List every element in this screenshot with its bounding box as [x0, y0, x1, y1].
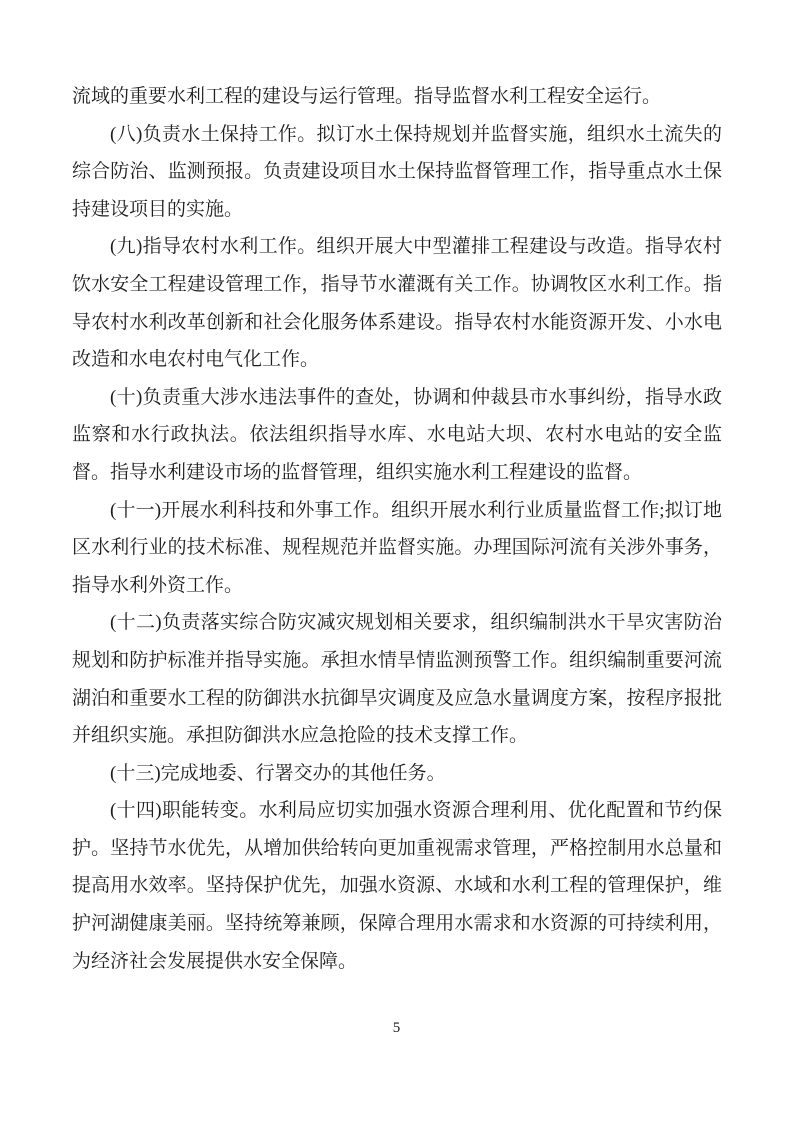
paragraph: (十)负责重大涉水违法事件的查处，协调和仲裁县市水事纠纷，指导水政监察和水行政执… [72, 379, 722, 492]
paragraph: 流域的重要水利工程的建设与运行管理。指导监督水利工程安全运行。 [72, 78, 722, 116]
document-page: 流域的重要水利工程的建设与运行管理。指导监督水利工程安全运行。(八)负责水土保持… [0, 0, 793, 1122]
page-number: 5 [0, 1020, 793, 1037]
paragraph: (十四)职能转变。水利局应切实加强水资源合理利用、优化配置和节约保护。坚持节水优… [72, 792, 722, 980]
paragraph: (十二)负责落实综合防灾减灾规划相关要求，组织编制洪水干旱灾害防治规划和防护标准… [72, 604, 722, 754]
paragraph: (八)负责水土保持工作。拟订水土保持规划并监督实施，组织水土流失的综合防治、监测… [72, 116, 722, 229]
paragraph: (十一)开展水利科技和外事工作。组织开展水利行业质量监督工作;拟订地区水利行业的… [72, 492, 722, 605]
paragraph: (十三)完成地委、行署交办的其他任务。 [72, 755, 722, 793]
document-body: 流域的重要水利工程的建设与运行管理。指导监督水利工程安全运行。(八)负责水土保持… [72, 78, 722, 980]
paragraph: (九)指导农村水利工作。组织开展大中型灌排工程建设与改造。指导农村饮水安全工程建… [72, 228, 722, 378]
